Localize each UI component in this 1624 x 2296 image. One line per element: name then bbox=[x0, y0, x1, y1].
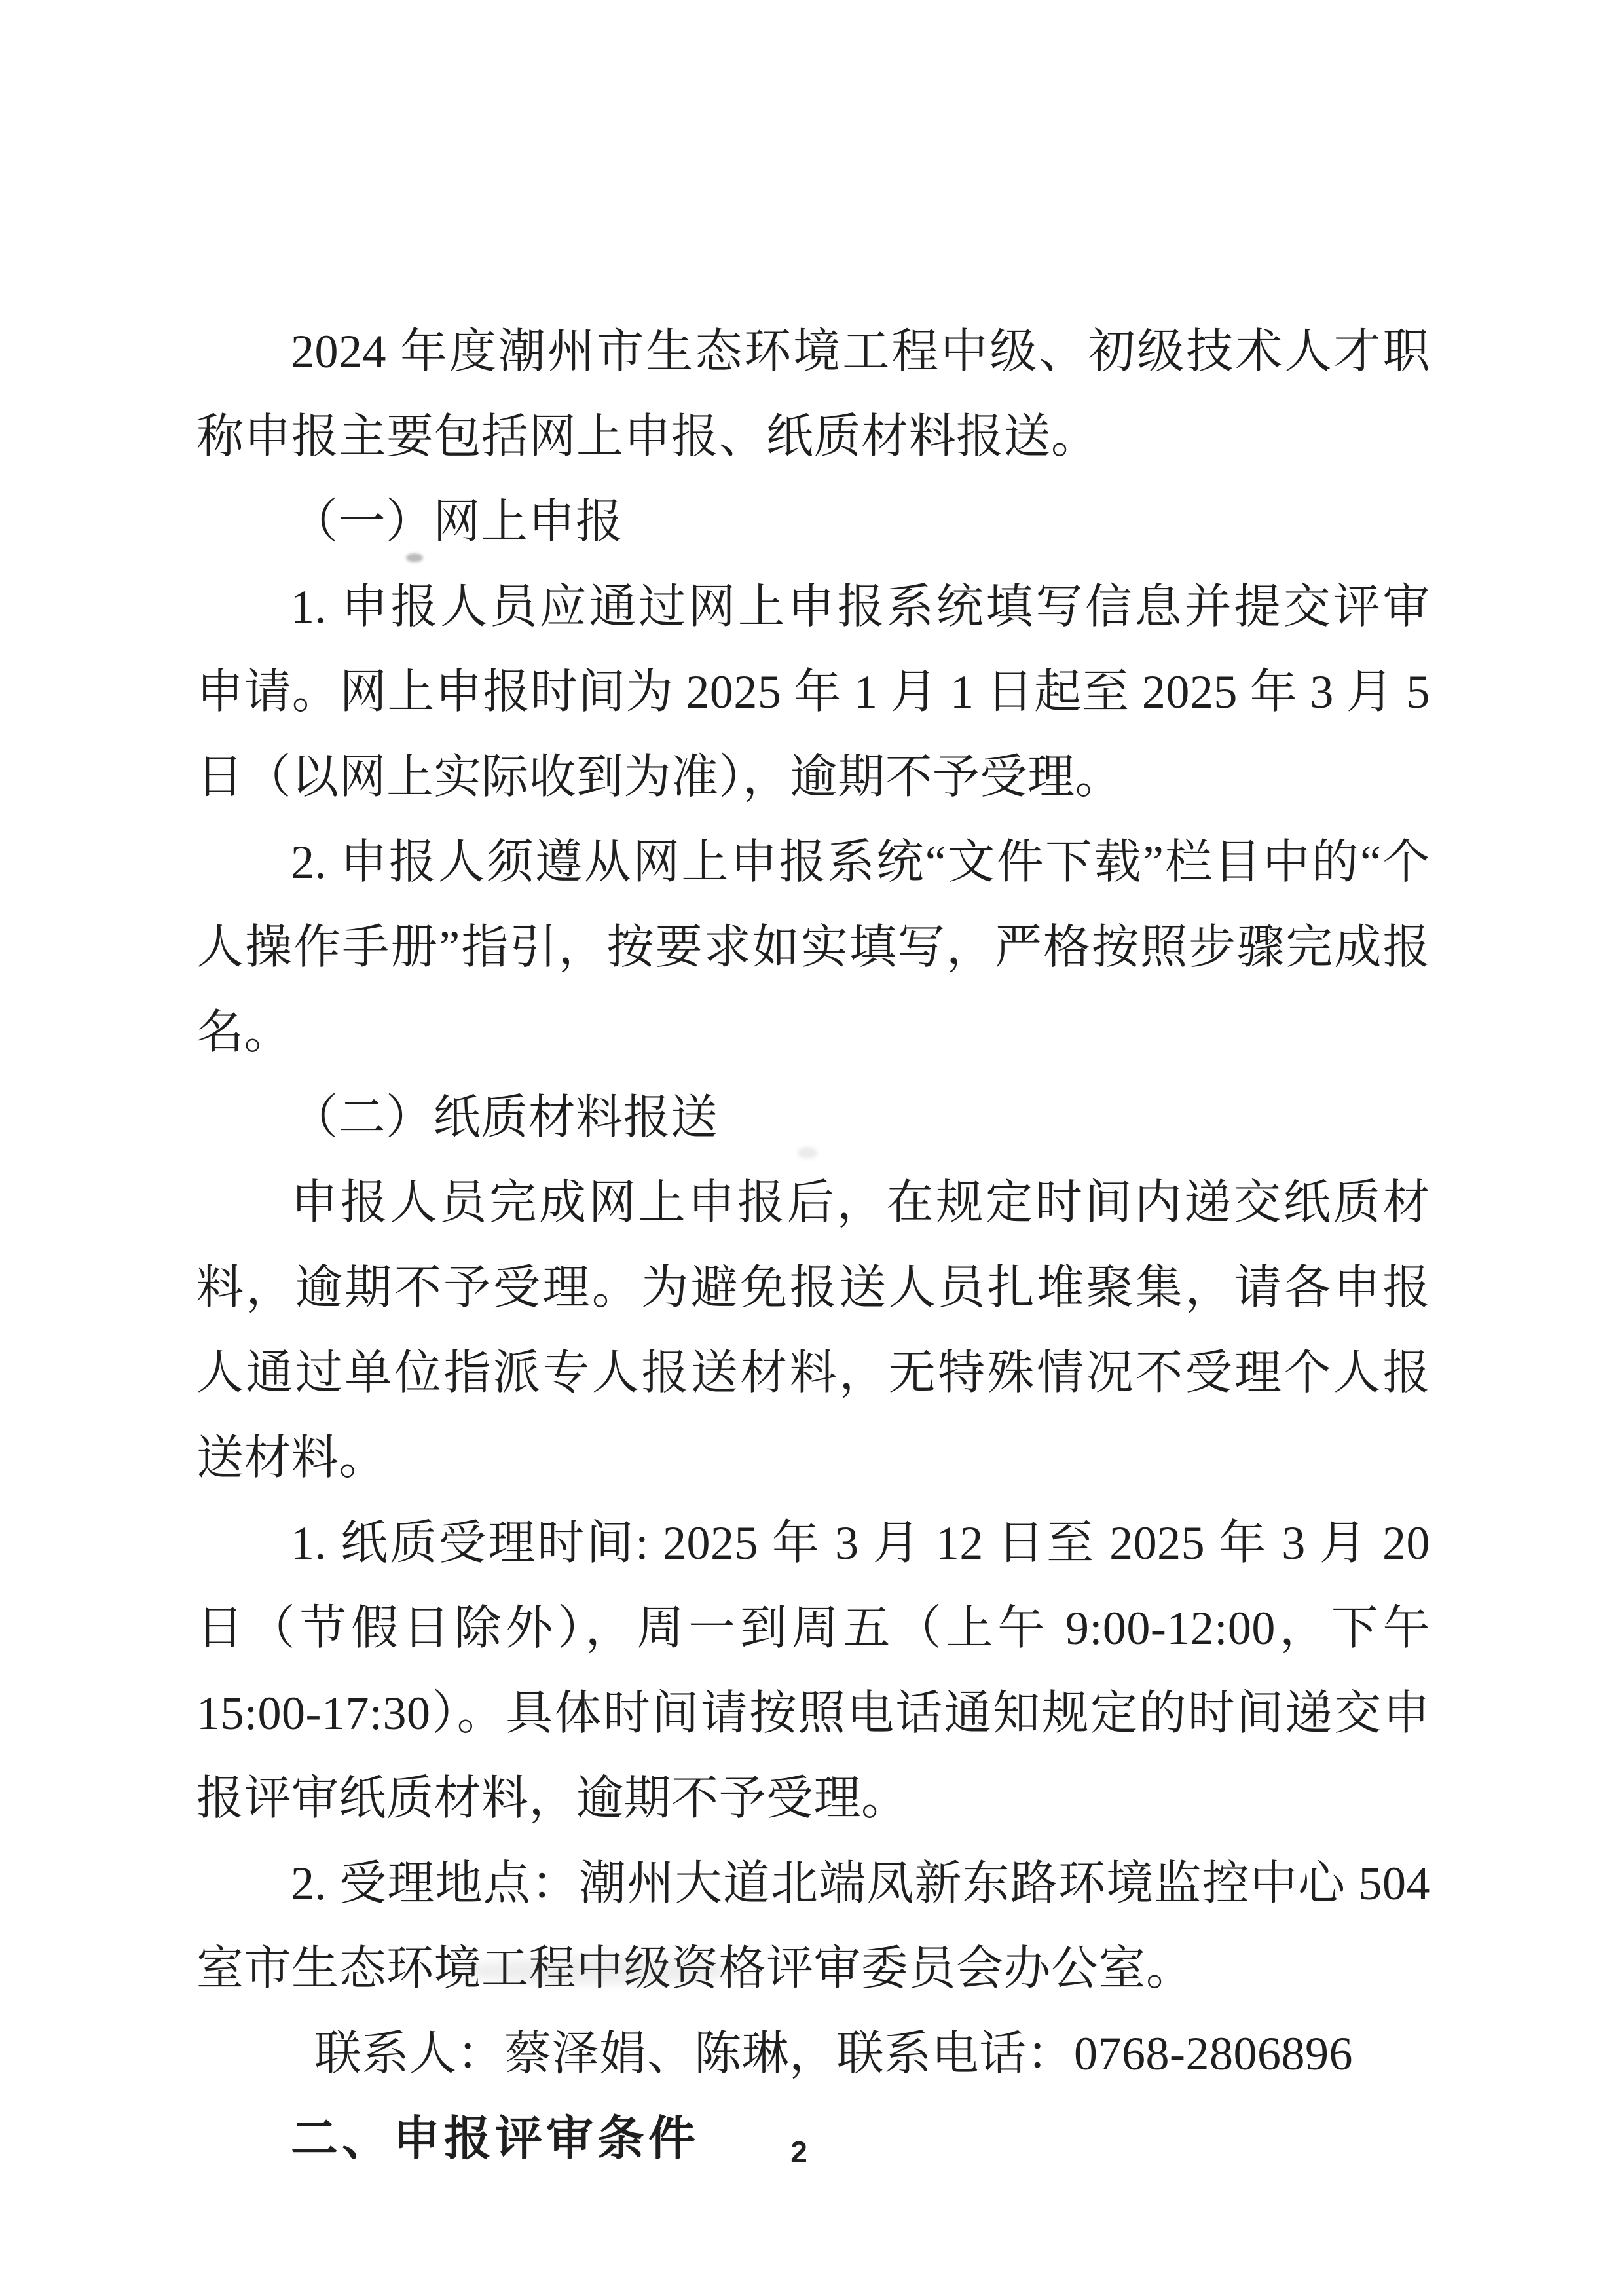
heading-paper-materials: （二）纸质材料报送 bbox=[196, 1075, 1430, 1160]
paragraph-paper-item-2: 2. 受理地点：潮州大道北端凤新东路环境监控中心 504 室市生态环境工程中级资… bbox=[196, 1841, 1430, 2011]
document-body-text: 2024 年度潮州市生态环境工程中级、初级技术人才职称申报主要包括网上申报、纸质… bbox=[196, 309, 1430, 2181]
heading-online-application: （一）网上申报 bbox=[196, 479, 1430, 564]
paragraph-online-item-2: 2. 申报人须遵从网上申报系统“文件下载”栏目中的“个人操作手册”指引，按要求如… bbox=[196, 820, 1430, 1075]
heading-review-conditions: 二、申报评审条件 bbox=[196, 2096, 1430, 2181]
paragraph-intro: 2024 年度潮州市生态环境工程中级、初级技术人才职称申报主要包括网上申报、纸质… bbox=[196, 309, 1430, 479]
scanned-document-page: 2024 年度潮州市生态环境工程中级、初级技术人才职称申报主要包括网上申报、纸质… bbox=[0, 0, 1624, 2296]
paragraph-paper-intro: 申报人员完成网上申报后，在规定时间内递交纸质材料，逾期不予受理。为避免报送人员扎… bbox=[196, 1160, 1430, 1501]
paragraph-online-item-1: 1. 申报人员应通过网上申报系统填写信息并提交评审申请。网上申报时间为 2025… bbox=[196, 564, 1430, 820]
page-number: 2 bbox=[790, 2136, 807, 2168]
paragraph-contact-line: 联系人：蔡泽娟、陈琳，联系电话：0768-2806896 bbox=[196, 2011, 1430, 2096]
paragraph-paper-item-1: 1. 纸质受理时间: 2025 年 3 月 12 日至 2025 年 3 月 2… bbox=[196, 1501, 1430, 1841]
